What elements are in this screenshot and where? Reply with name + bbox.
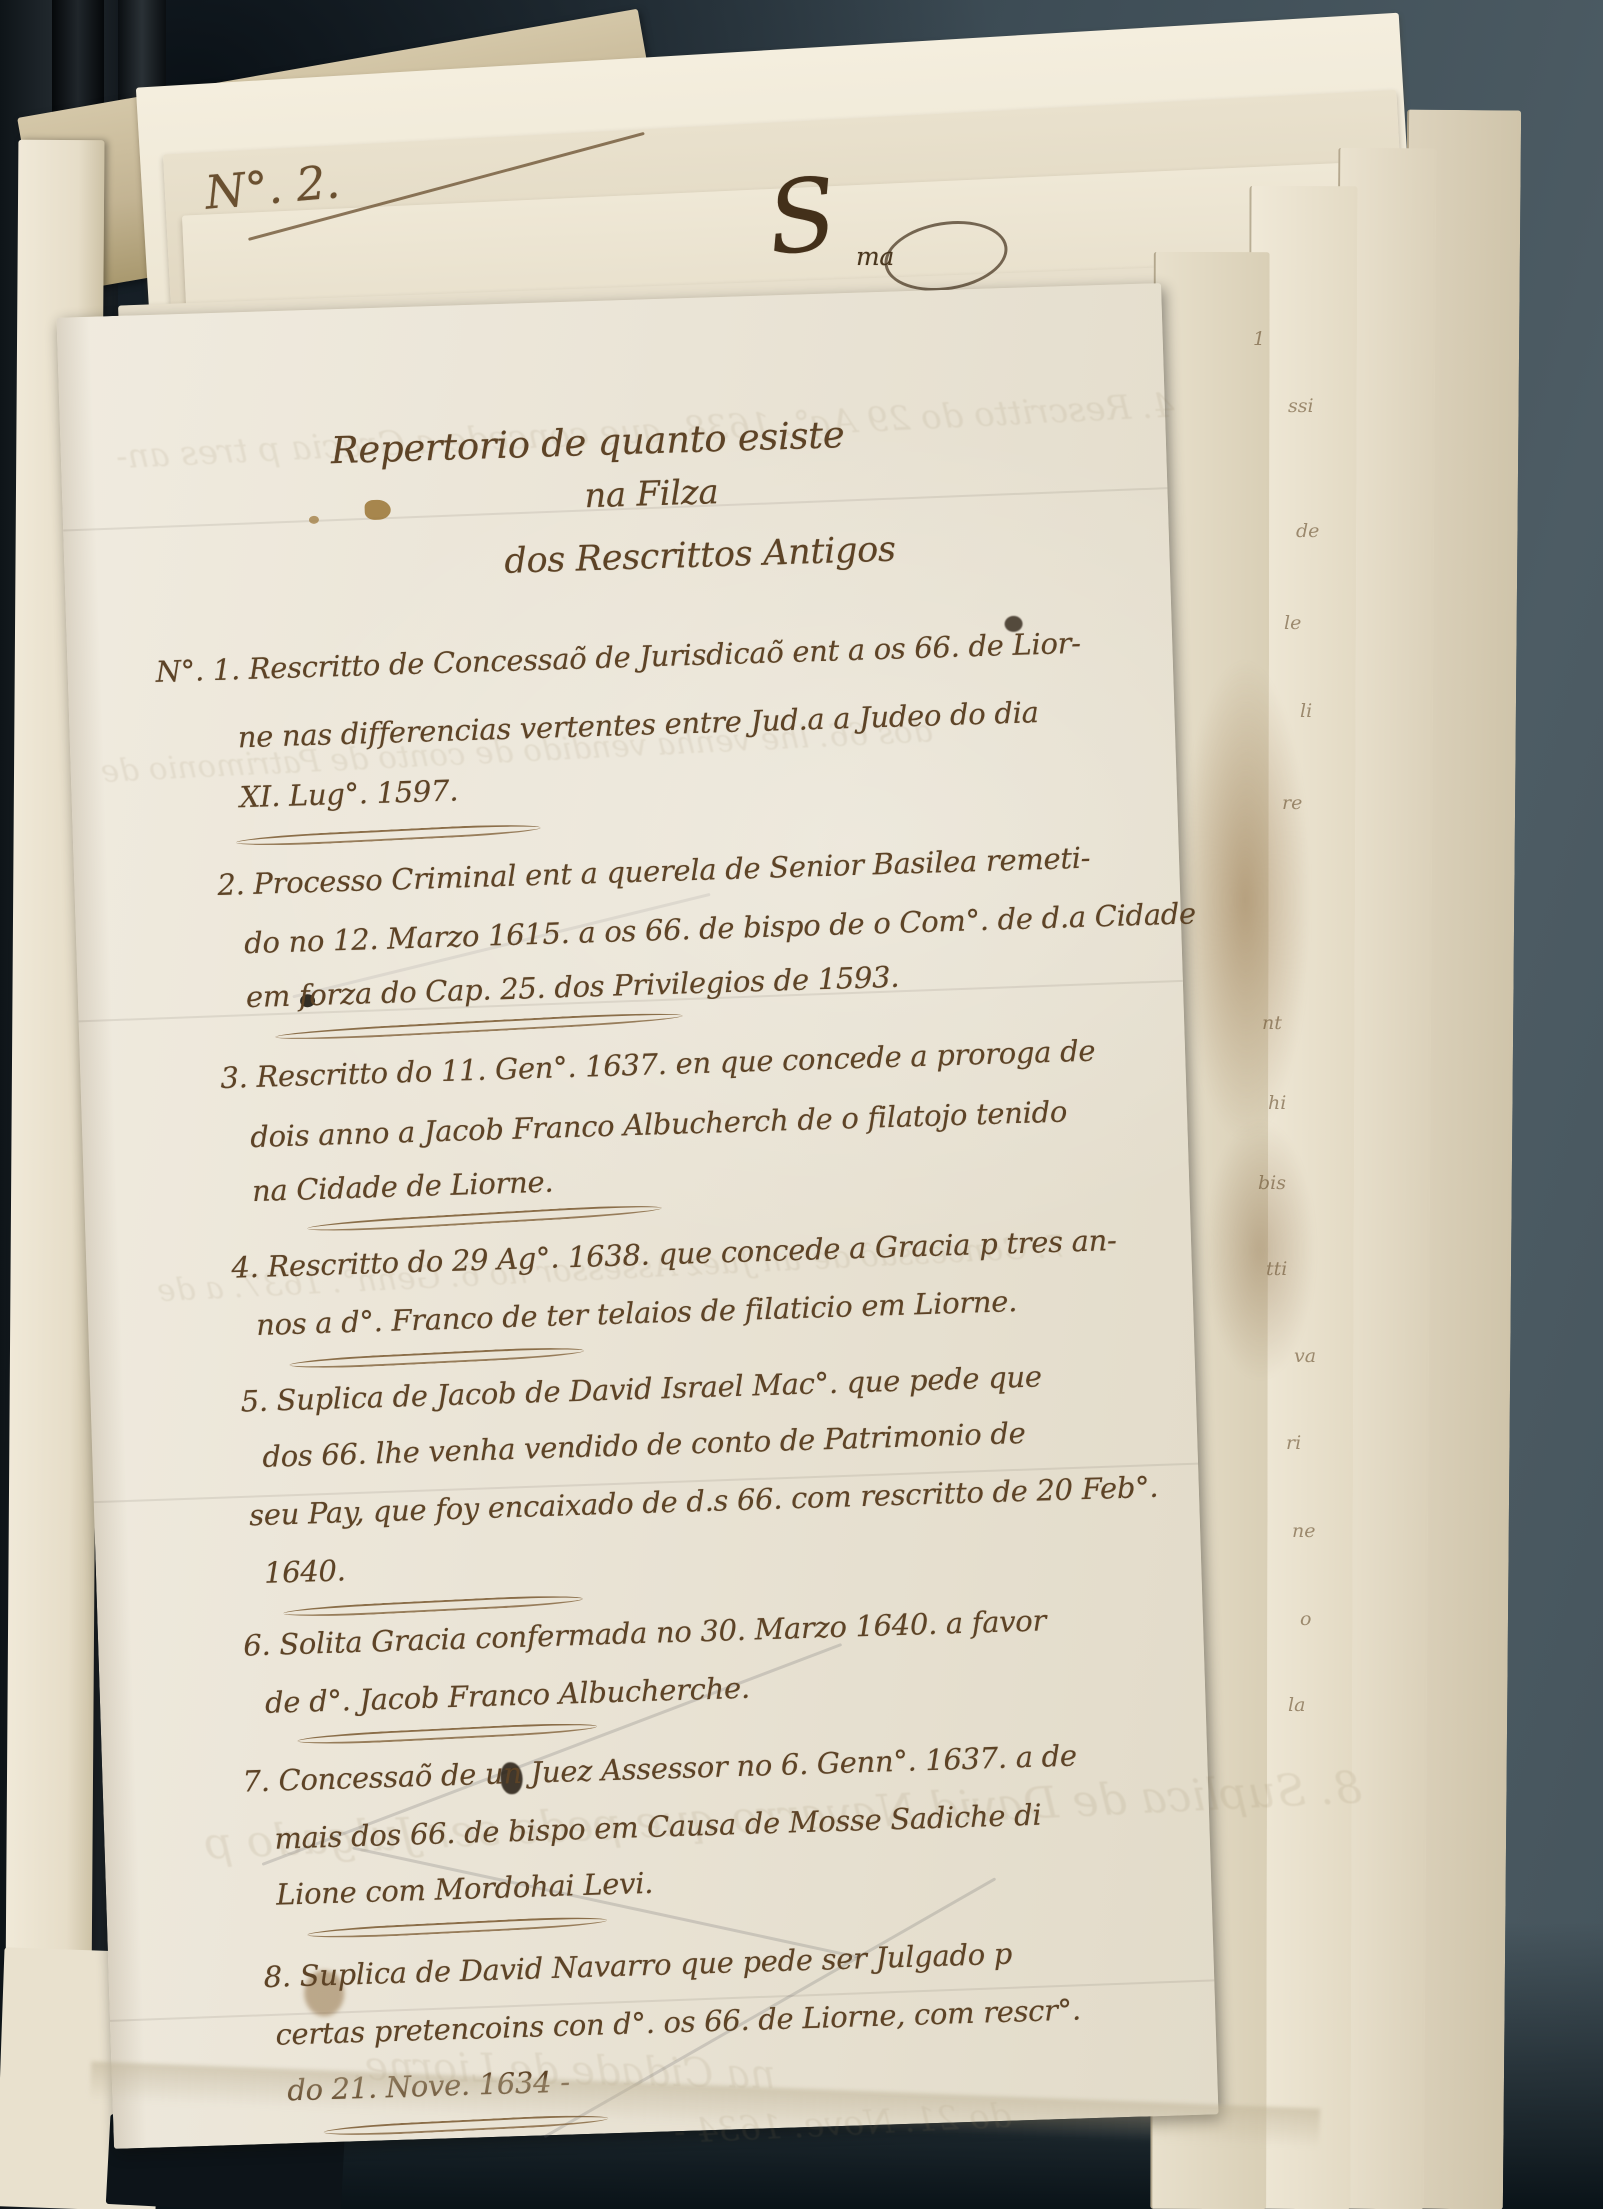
edge-text-fragment: 1 <box>1253 328 1265 350</box>
edge-text-fragment: la <box>1288 1694 1305 1716</box>
edge-text-fragment: ri <box>1286 1432 1301 1454</box>
entry-8-line-1: 8. Suplica de David Navarro que pede ser… <box>263 1937 1012 1994</box>
edge-text-fragment: re <box>1282 792 1302 814</box>
manuscript-photo: 1 ssi de le li re nt hi bis tti va ri ne… <box>0 0 1603 2209</box>
entry-5-line-4: 1640. <box>263 1553 346 1590</box>
entry-1-line-3: XI. Lug°. 1597. <box>239 773 458 814</box>
edge-text-fragment: tti <box>1266 1258 1287 1280</box>
edge-text-fragment: va <box>1294 1345 1316 1367</box>
edge-text-fragment: li <box>1300 700 1312 722</box>
entry-5-line-1: 5. Suplica de Jacob de David Israel Mac°… <box>240 1359 1042 1418</box>
edge-text-fragment: o <box>1300 1608 1311 1630</box>
entry-5-rule <box>283 1593 583 1619</box>
entry-6-line-2: de d°. Jacob Franco Albucherche. <box>265 1671 751 1720</box>
entry-8-line-2: certas pretencoins con d°. os 66. de Lio… <box>275 1992 1081 2051</box>
entry-7-line-3: Lione com Mordohai Levi. <box>276 1866 654 1912</box>
manuscript-page: 4. Rescritto do 29 Ag°. 1638. que conced… <box>57 283 1219 2149</box>
entry-6-rule <box>297 1721 597 1747</box>
edge-text-fragment: nt <box>1262 1012 1282 1034</box>
edge-text-fragment: ne <box>1292 1520 1315 1542</box>
edge-text-fragment: bis <box>1258 1172 1286 1194</box>
entry-2-rule <box>275 1010 683 1042</box>
ink-stain <box>309 516 319 524</box>
entry-1-rule <box>236 822 541 848</box>
entry-7-rule <box>307 1915 607 1941</box>
entry-2-line-2: do no 12. Marzo 1615. a os 66. de bispo … <box>244 896 1197 960</box>
entry-5-line-2: dos 66. lhe venha vendido de conto de Pa… <box>262 1416 1026 1474</box>
edge-text-fragment: le <box>1284 612 1301 634</box>
title-line-2: na Filza <box>584 472 719 516</box>
entry-3-line-3: na Cidade de Liorne. <box>251 1165 553 1208</box>
entry-2-line-3: em forza do Cap. 25. dos Privilegios de … <box>245 960 899 1015</box>
flourish-initial: S <box>762 155 842 278</box>
title-line-3: dos Rescrittos Antigos <box>504 530 896 582</box>
entry-2-line-1: 2. Processo Criminal ent a querela de Se… <box>217 841 1091 902</box>
entry-3-rule <box>307 1203 662 1234</box>
entry-1-line-1: N°. 1. Rescritto de Concessaõ de Jurisdi… <box>155 626 1081 689</box>
edge-stain-2 <box>1205 1120 1315 1380</box>
edge-text-fragment: de <box>1296 520 1319 542</box>
entry-4-rule <box>289 1345 584 1370</box>
entry-3-line-2: dois anno a Jacob Franco Albucherch de o… <box>250 1094 1068 1154</box>
entry-3-line-1: 3. Rescritto do 11. Gen°. 1637. en que c… <box>220 1034 1096 1095</box>
edge-text-fragment: ssi <box>1288 395 1314 417</box>
edge-text-fragment: hi <box>1268 1092 1286 1114</box>
